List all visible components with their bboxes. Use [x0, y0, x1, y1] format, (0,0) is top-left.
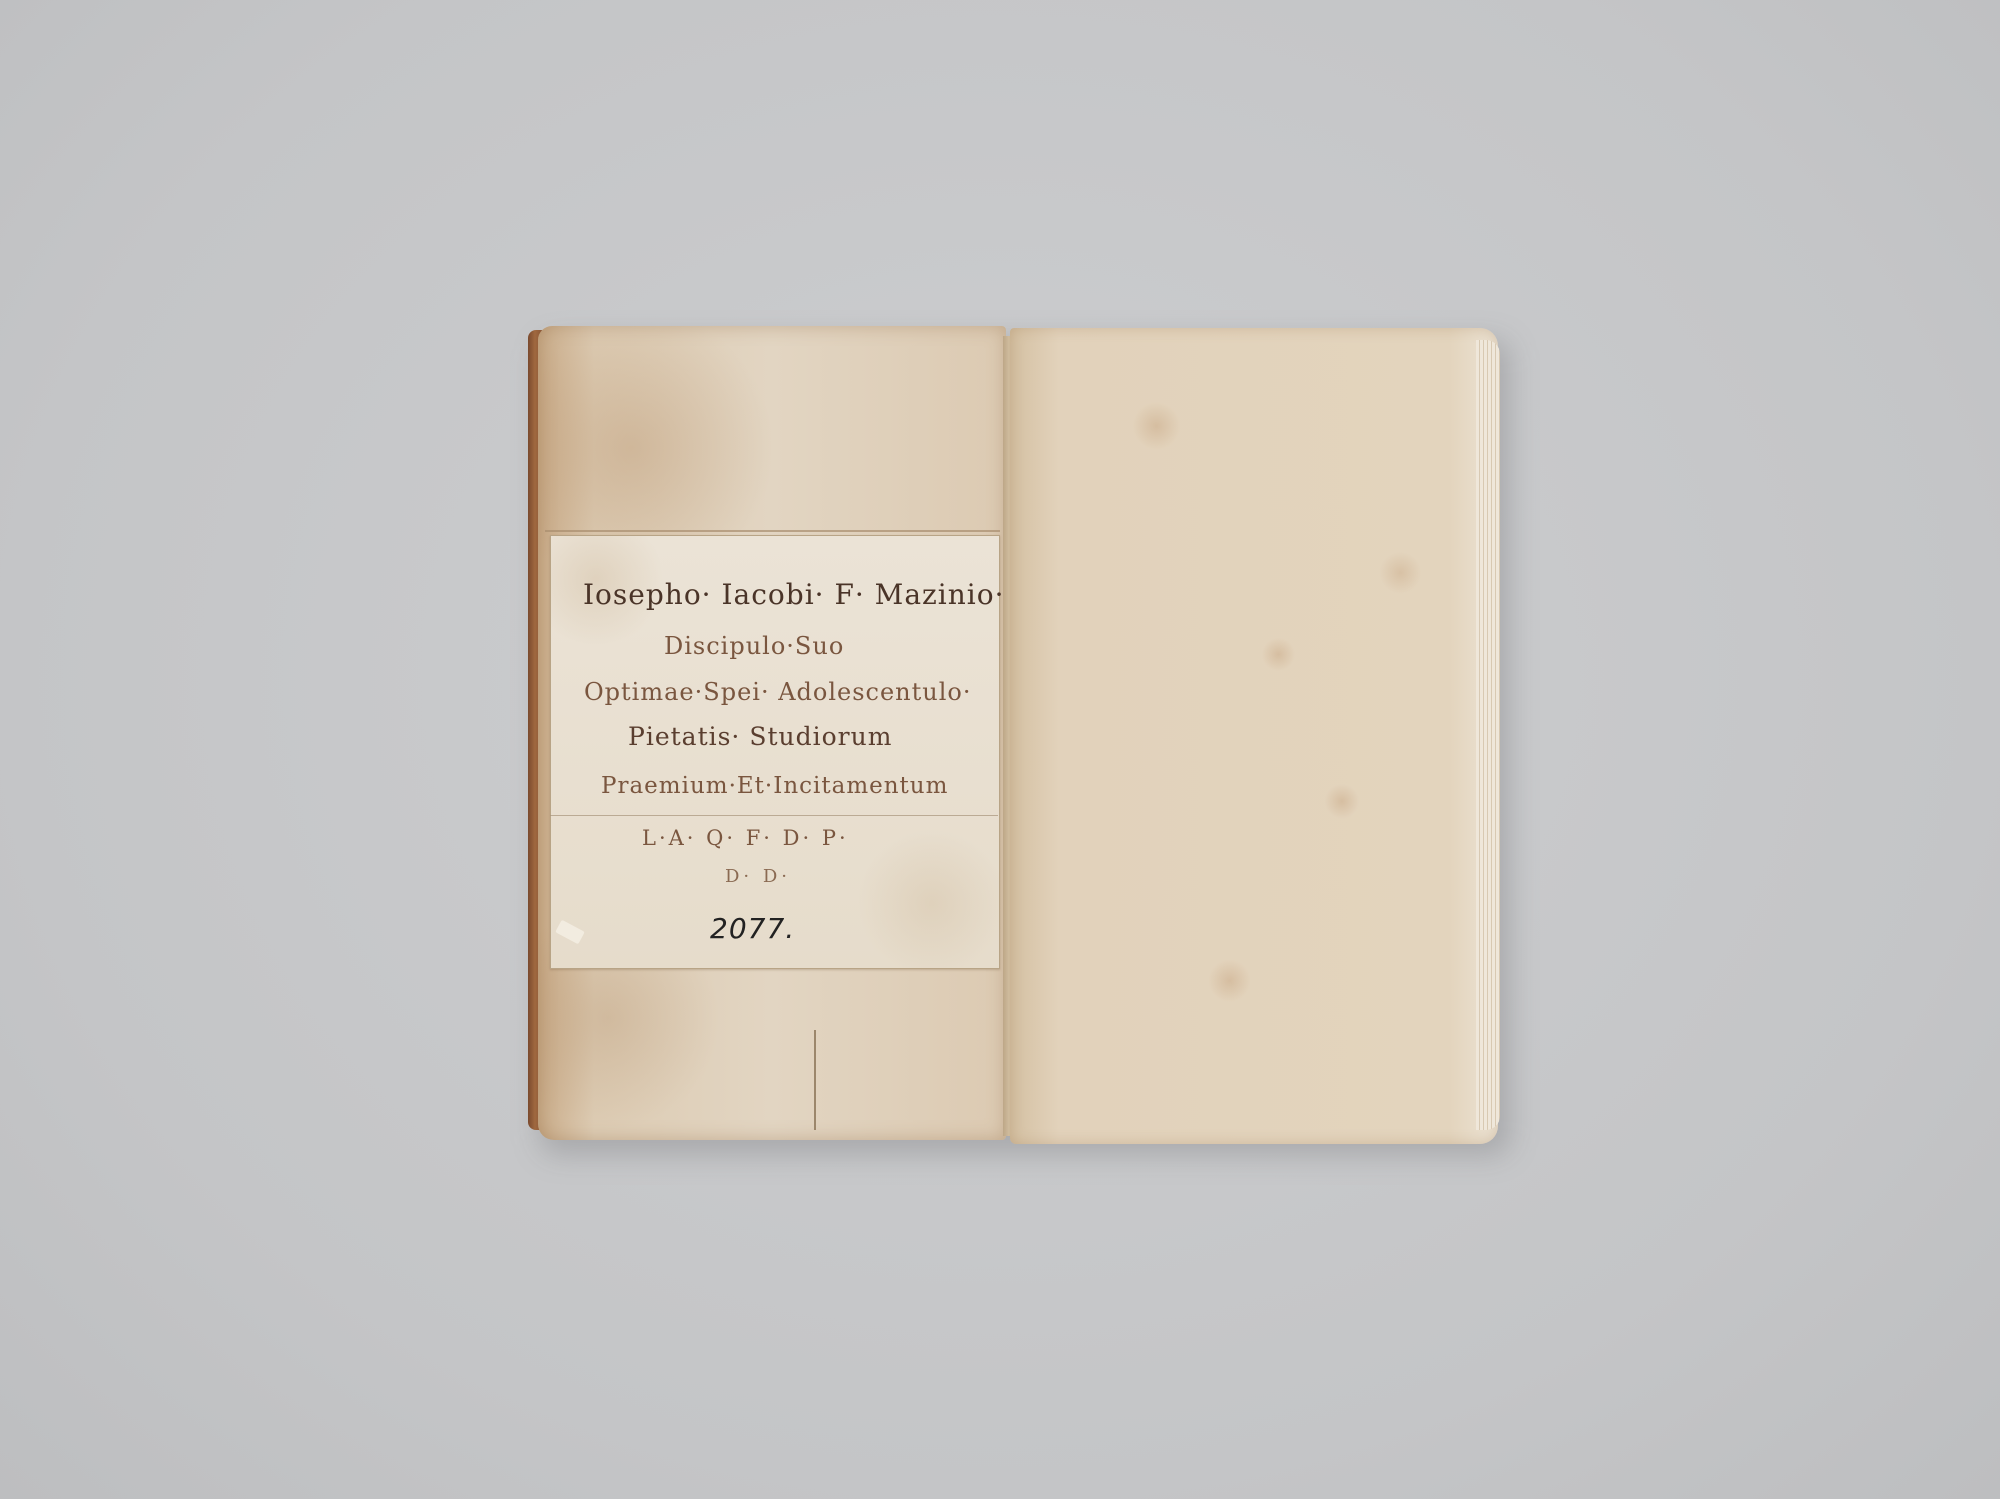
inscription-line-3: Optimae·Spei· Adolescentulo· [584, 678, 972, 706]
inscription-line-6: L·A· Q· F· D· P· [642, 826, 849, 850]
paste-down-edge [545, 530, 1000, 532]
label-fold-line [550, 815, 998, 816]
inscription-line-1: Iosepho· Iacobi· F· Mazinio· [583, 578, 1005, 611]
inscription-line-2: Discipulo·Suo [664, 632, 844, 660]
catalog-number: 2077. [710, 912, 795, 945]
inscription-line-5: Praemium·Et·Incitamentum [601, 773, 948, 799]
inscription-line-4: Pietatis· Studiorum [628, 722, 892, 751]
page-edges [1476, 340, 1500, 1130]
blank-flyleaf-page [1010, 328, 1498, 1144]
open-book: Iosepho· Iacobi· F· Mazinio· Discipulo·S… [0, 0, 2000, 1499]
paper-crack [814, 1030, 816, 1130]
inscription-line-7: D· D· [725, 866, 791, 887]
